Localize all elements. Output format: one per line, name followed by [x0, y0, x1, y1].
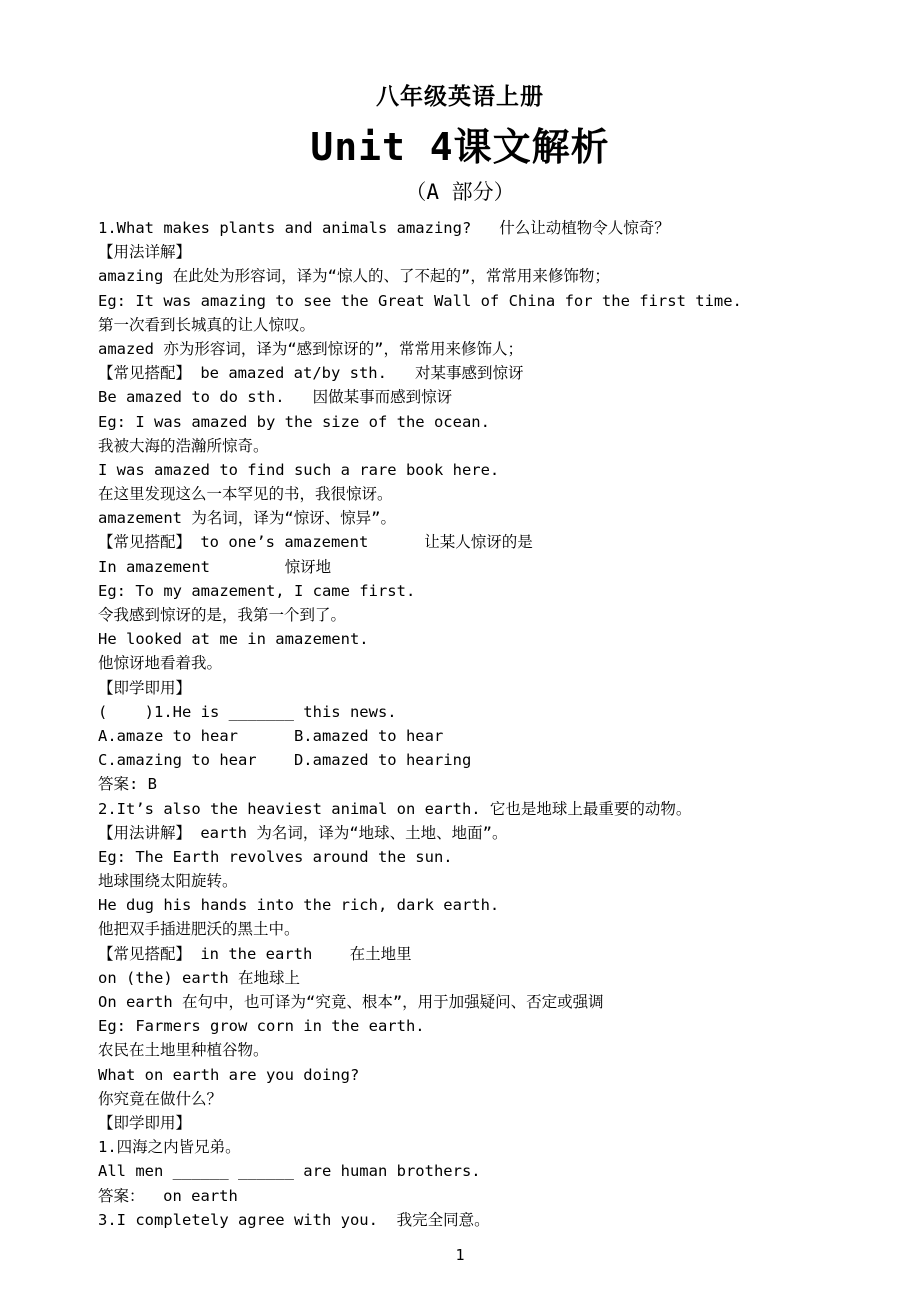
- text-line: C.amazing to hear D.amazed to hearing: [98, 748, 838, 772]
- text-line: amazing 在此处为形容词，译为“惊人的、了不起的”，常常用来修饰物；: [98, 264, 838, 288]
- text-line: A.amaze to hear B.amazed to hear: [98, 724, 838, 748]
- page-number: 1: [455, 1246, 464, 1264]
- text-line: 【常见搭配】 to one’s amazement 让某人惊讶的是: [98, 530, 838, 554]
- text-line: 你究竟在做什么？: [98, 1087, 838, 1111]
- document-page: 八年级英语上册 Unit 4课文解析 （A 部分） 1.What makes p…: [0, 0, 920, 1302]
- text-line: 他把双手插进肥沃的黑土中。: [98, 917, 838, 941]
- series-title: 八年级英语上册: [0, 78, 920, 111]
- text-line: on (the) earth 在地球上: [98, 966, 838, 990]
- text-line: In amazement 惊讶地: [98, 555, 838, 579]
- page-title: Unit 4课文解析: [0, 116, 920, 171]
- text-line: Be amazed to do sth. 因做某事而感到惊讶: [98, 385, 838, 409]
- text-line: 答案： on earth: [98, 1184, 838, 1208]
- text-line: 【即学即用】: [98, 676, 838, 700]
- text-line: 【常见搭配】 be amazed at/by sth. 对某事感到惊讶: [98, 361, 838, 385]
- text-line: 农民在土地里种植谷物。: [98, 1038, 838, 1062]
- text-line: 第一次看到长城真的让人惊叹。: [98, 313, 838, 337]
- text-line: Eg: The Earth revolves around the sun.: [98, 845, 838, 869]
- text-line: 【用法讲解】 earth 为名词，译为“地球、土地、地面”。: [98, 821, 838, 845]
- document-body: 1.What makes plants and animals amazing?…: [98, 216, 838, 1232]
- text-line: amazement 为名词，译为“惊讶、惊异”。: [98, 506, 838, 530]
- document-footer: 1: [0, 1246, 920, 1264]
- text-line: 【用法详解】: [98, 240, 838, 264]
- text-line: 【常见搭配】 in the earth 在土地里: [98, 942, 838, 966]
- section-subtitle: （A 部分）: [0, 176, 920, 206]
- text-line: 3.I completely agree with you. 我完全同意。: [98, 1208, 838, 1232]
- text-line: Eg: I was amazed by the size of the ocea…: [98, 410, 838, 434]
- text-line: 我被大海的浩瀚所惊奇。: [98, 434, 838, 458]
- text-line: 令我感到惊讶的是，我第一个到了。: [98, 603, 838, 627]
- text-line: 他惊讶地看着我。: [98, 651, 838, 675]
- text-line: 在这里发现这么一本罕见的书，我很惊讶。: [98, 482, 838, 506]
- text-line: What on earth are you doing?: [98, 1063, 838, 1087]
- text-line: 2.It’s also the heaviest animal on earth…: [98, 797, 838, 821]
- text-line: He dug his hands into the rich, dark ear…: [98, 893, 838, 917]
- text-line: Eg: Farmers grow corn in the earth.: [98, 1014, 838, 1038]
- text-line: He looked at me in amazement.: [98, 627, 838, 651]
- text-line: 答案: B: [98, 772, 838, 796]
- text-line: I was amazed to find such a rare book he…: [98, 458, 838, 482]
- text-line: amazed 亦为形容词，译为“感到惊讶的”，常常用来修饰人；: [98, 337, 838, 361]
- text-line: On earth 在句中，也可译为“究竟、根本”，用于加强疑问、否定或强调: [98, 990, 838, 1014]
- text-line: All men ______ ______ are human brothers…: [98, 1159, 838, 1183]
- text-line: 地球围绕太阳旋转。: [98, 869, 838, 893]
- text-line: 【即学即用】: [98, 1111, 838, 1135]
- text-line: Eg: It was amazing to see the Great Wall…: [98, 289, 838, 313]
- text-line: Eg: To my amazement, I came first.: [98, 579, 838, 603]
- text-line: 1.What makes plants and animals amazing?…: [98, 216, 838, 240]
- text-line: 1.四海之内皆兄弟。: [98, 1135, 838, 1159]
- text-line: ( )1.He is _______ this news.: [98, 700, 838, 724]
